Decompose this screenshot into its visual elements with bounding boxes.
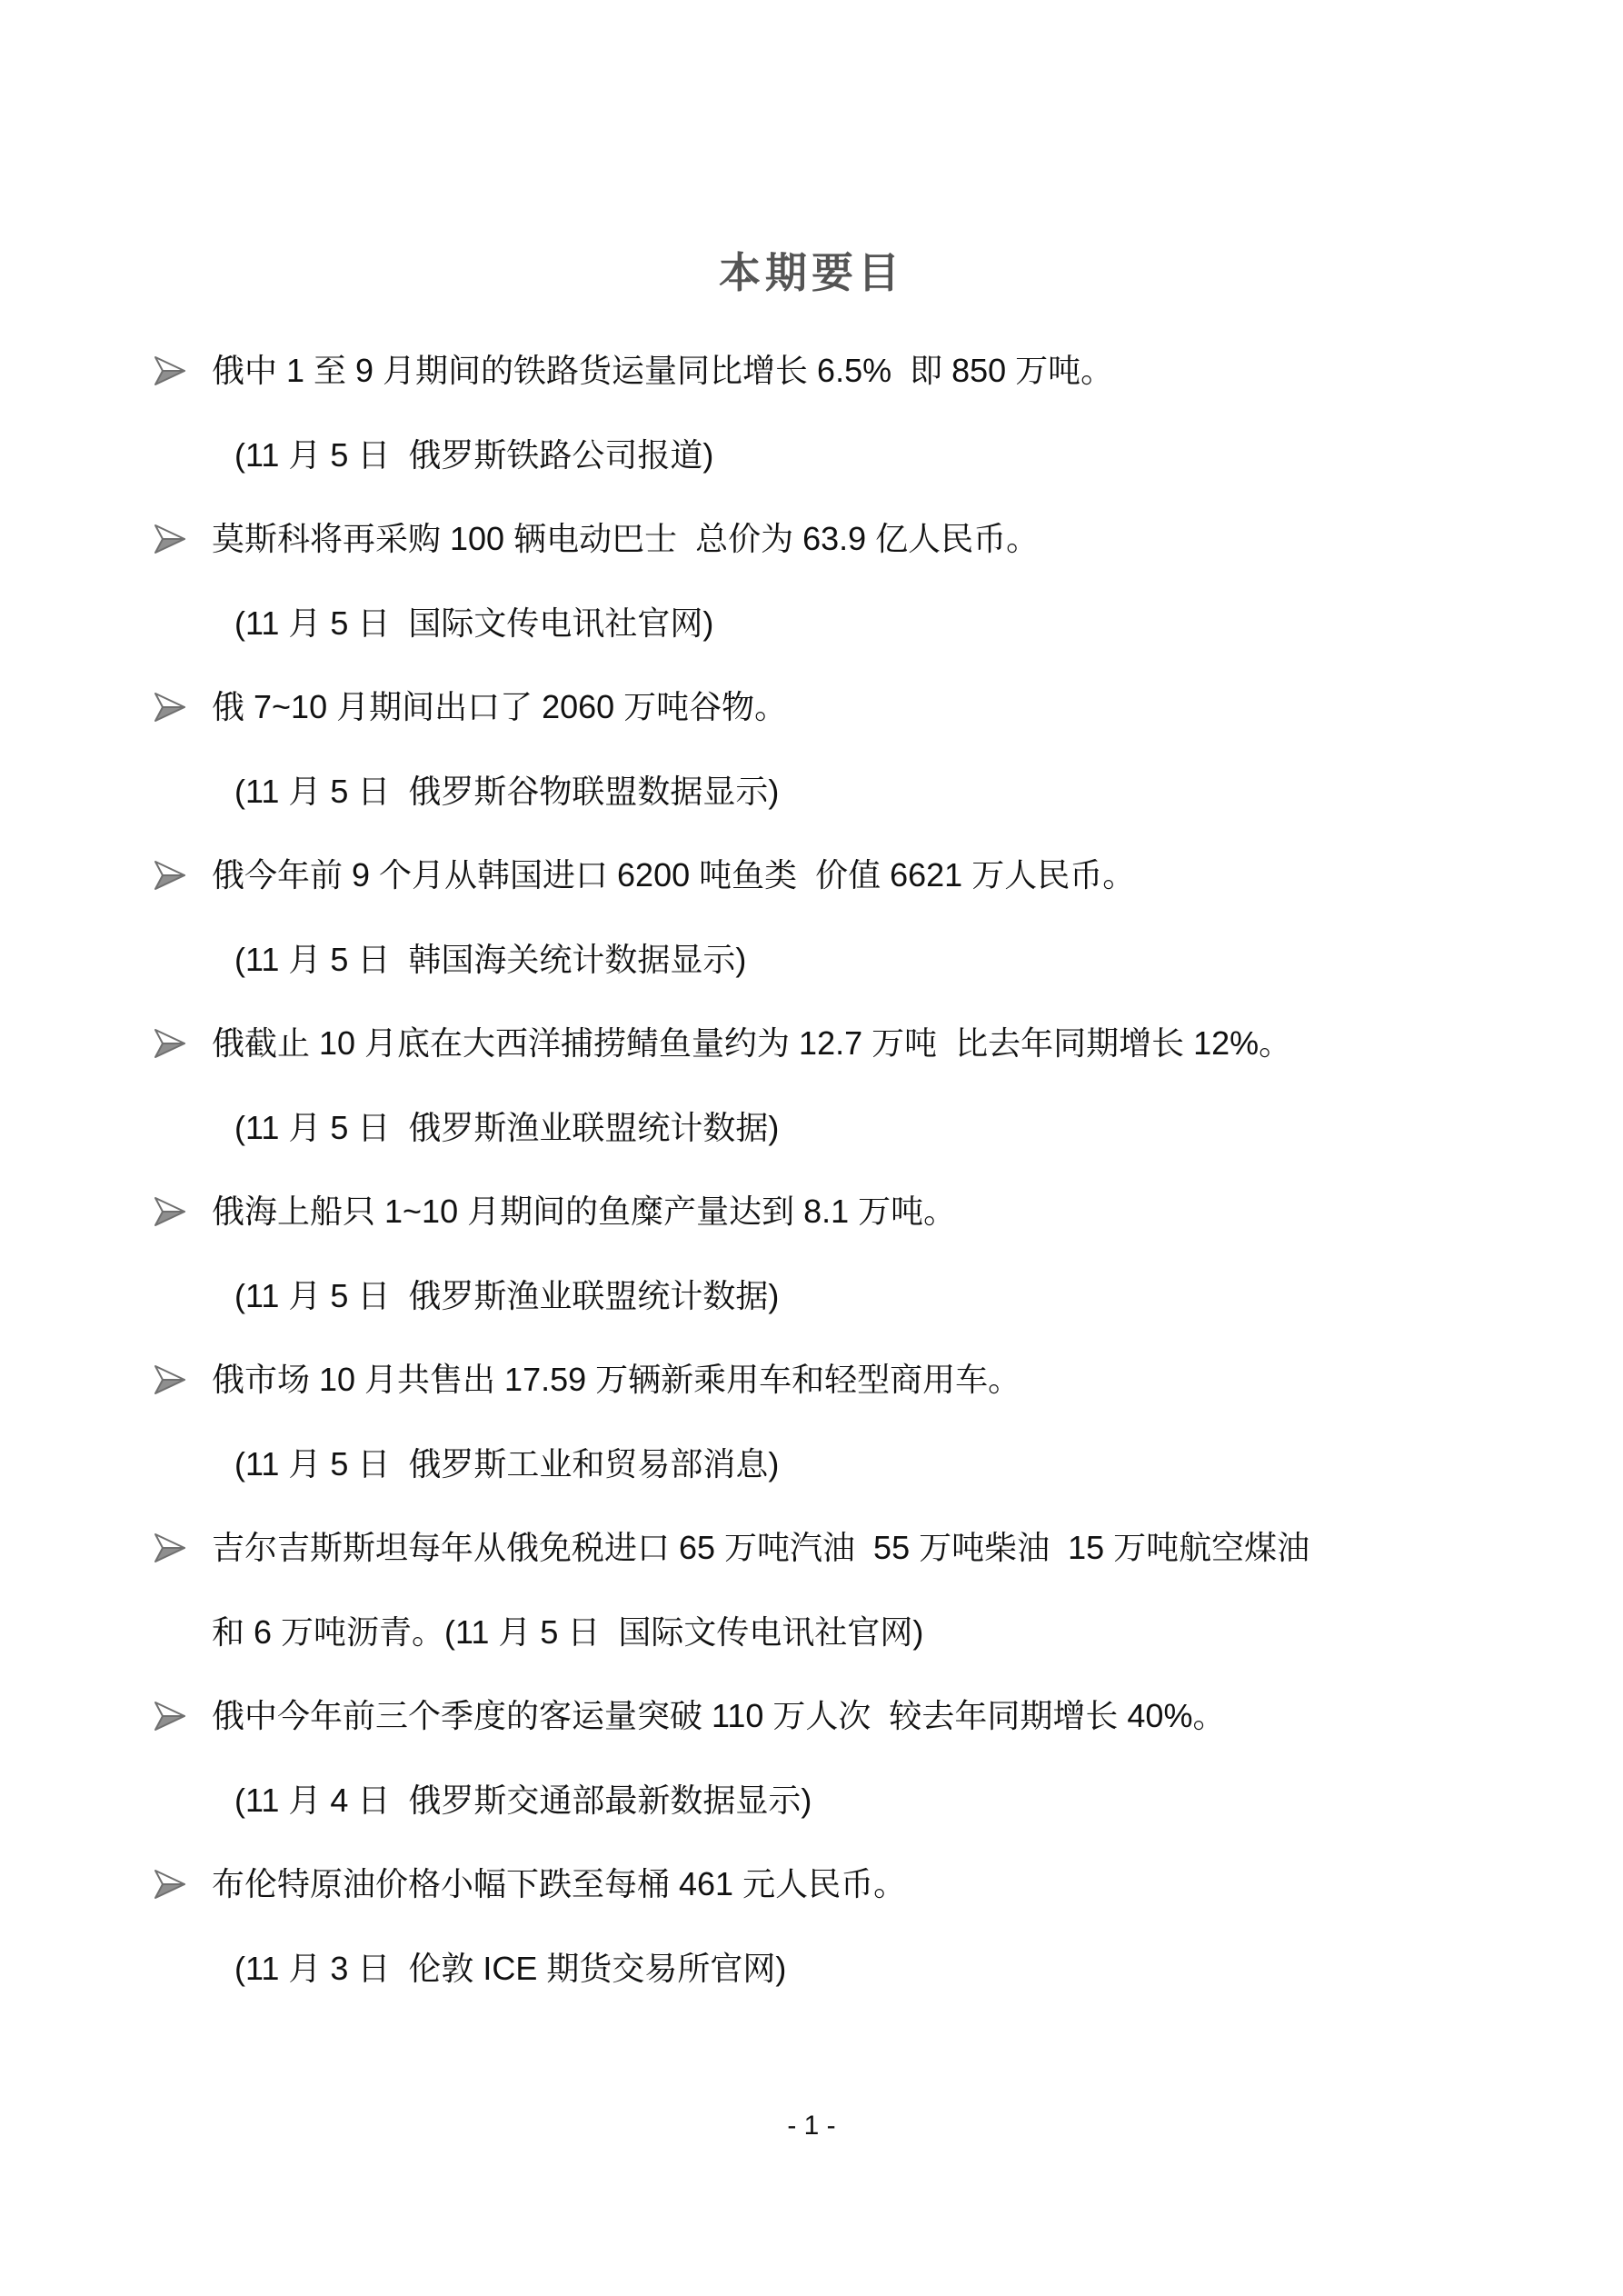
arrow-bullet-icon	[152, 1532, 212, 1564]
toc-item: 布伦特原油价格小幅下跌至每桶 461 元人民币。 (11 月 3 日 伦敦 IC…	[0, 1842, 1623, 2011]
headline-text: 俄今年前 9 个月从韩国进口 6200 吨鱼类 价值 6621 万人民币。	[212, 859, 1135, 892]
headline-text: 吉尔吉斯斯坦每年从俄免税进口 65 万吨汽油 55 万吨柴油 15 万吨航空煤油	[212, 1532, 1309, 1564]
arrow-bullet-icon	[152, 859, 212, 892]
toc-item-headline: 俄中 1 至 9 月期间的铁路货运量同比增长 6.5% 即 850 万吨。	[0, 329, 1623, 414]
toc-item-headline: 俄中今年前三个季度的客运量突破 110 万人次 较去年同期增长 40%。	[0, 1674, 1623, 1759]
toc-item: 俄今年前 9 个月从韩国进口 6200 吨鱼类 价值 6621 万人民币。 (1…	[0, 834, 1623, 1002]
arrow-bullet-icon	[152, 1195, 212, 1228]
toc-item-secondline: (11 月 5 日 国际文传电讯社官网)	[0, 582, 1623, 666]
toc-item-headline: 莫斯科将再采购 100 辆电动巴士 总价为 63.9 亿人民币。	[0, 497, 1623, 582]
headline-text: 俄截止 10 月底在大西洋捕捞鲭鱼量约为 12.7 万吨 比去年同期增长 12%…	[212, 1027, 1291, 1060]
arrow-bullet-icon	[152, 1700, 212, 1732]
headline-text: 莫斯科将再采购 100 辆电动巴士 总价为 63.9 亿人民币。	[212, 523, 1039, 555]
toc-item: 俄市场 10 月共售出 17.59 万辆新乘用车和轻型商用车。 (11 月 5 …	[0, 1338, 1623, 1506]
arrow-bullet-icon	[152, 523, 212, 555]
arrow-bullet-icon	[152, 1363, 212, 1396]
document-page: { "page": { "title": "本期要目", "page_numbe…	[0, 0, 1623, 2296]
toc-item-secondline: (11 月 5 日 俄罗斯铁路公司报道)	[0, 414, 1623, 498]
toc-item: 俄 7~10 月期间出口了 2060 万吨谷物。 (11 月 5 日 俄罗斯谷物…	[0, 665, 1623, 834]
toc-item-headline: 俄今年前 9 个月从韩国进口 6200 吨鱼类 价值 6621 万人民币。	[0, 834, 1623, 918]
page-number: - 1 -	[0, 2111, 1623, 2141]
headline-text: 俄中今年前三个季度的客运量突破 110 万人次 较去年同期增长 40%。	[212, 1700, 1225, 1732]
arrow-bullet-icon	[152, 1868, 212, 1901]
toc-item: 俄中 1 至 9 月期间的铁路货运量同比增长 6.5% 即 850 万吨。 (1…	[0, 329, 1623, 497]
headline-text: 布伦特原油价格小幅下跌至每桶 461 元人民币。	[212, 1868, 906, 1901]
headline-text: 俄 7~10 月期间出口了 2060 万吨谷物。	[212, 691, 787, 724]
arrow-bullet-icon	[152, 691, 212, 724]
toc-item-headline: 俄市场 10 月共售出 17.59 万辆新乘用车和轻型商用车。	[0, 1338, 1623, 1423]
toc-item-headline: 吉尔吉斯斯坦每年从俄免税进口 65 万吨汽油 55 万吨柴油 15 万吨航空煤油	[0, 1506, 1623, 1591]
toc-item-secondline: (11 月 5 日 俄罗斯渔业联盟统计数据)	[0, 1086, 1623, 1171]
page-title: 本期要目	[0, 240, 1623, 300]
toc-item-secondline: (11 月 5 日 韩国海关统计数据显示)	[0, 918, 1623, 1003]
toc-item: 莫斯科将再采购 100 辆电动巴士 总价为 63.9 亿人民币。 (11 月 5…	[0, 497, 1623, 665]
toc-item-secondline: (11 月 4 日 俄罗斯交通部最新数据显示)	[0, 1759, 1623, 1843]
toc-item-secondline: (11 月 5 日 俄罗斯工业和贸易部消息)	[0, 1423, 1623, 1507]
toc-item-headline: 布伦特原油价格小幅下跌至每桶 461 元人民币。	[0, 1842, 1623, 1927]
headline-text: 俄中 1 至 9 月期间的铁路货运量同比增长 6.5% 即 850 万吨。	[212, 354, 1113, 387]
headline-text: 俄海上船只 1~10 月期间的鱼糜产量达到 8.1 万吨。	[212, 1195, 956, 1228]
toc-item-secondline: (11 月 5 日 俄罗斯渔业联盟统计数据)	[0, 1254, 1623, 1339]
toc-item-secondline: (11 月 5 日 俄罗斯谷物联盟数据显示)	[0, 750, 1623, 834]
toc-list: 俄中 1 至 9 月期间的铁路货运量同比增长 6.5% 即 850 万吨。 (1…	[0, 329, 1623, 2011]
toc-item-secondline: (11 月 3 日 伦敦 ICE 期货交易所官网)	[0, 1927, 1623, 2011]
toc-item-headline: 俄海上船只 1~10 月期间的鱼糜产量达到 8.1 万吨。	[0, 1170, 1623, 1254]
toc-item: 俄中今年前三个季度的客运量突破 110 万人次 较去年同期增长 40%。 (11…	[0, 1674, 1623, 1842]
toc-item: 俄截止 10 月底在大西洋捕捞鲭鱼量约为 12.7 万吨 比去年同期增长 12%…	[0, 1002, 1623, 1170]
arrow-bullet-icon	[152, 1027, 212, 1060]
toc-item: 吉尔吉斯斯坦每年从俄免税进口 65 万吨汽油 55 万吨柴油 15 万吨航空煤油…	[0, 1506, 1623, 1674]
arrow-bullet-icon	[152, 354, 212, 387]
toc-item: 俄海上船只 1~10 月期间的鱼糜产量达到 8.1 万吨。 (11 月 5 日 …	[0, 1170, 1623, 1338]
toc-item-headline: 俄截止 10 月底在大西洋捕捞鲭鱼量约为 12.7 万吨 比去年同期增长 12%…	[0, 1002, 1623, 1086]
toc-item-secondline: 和 6 万吨沥青。(11 月 5 日 国际文传电讯社官网)	[0, 1591, 1623, 1675]
toc-item-headline: 俄 7~10 月期间出口了 2060 万吨谷物。	[0, 665, 1623, 750]
headline-text: 俄市场 10 月共售出 17.59 万辆新乘用车和轻型商用车。	[212, 1363, 1021, 1396]
